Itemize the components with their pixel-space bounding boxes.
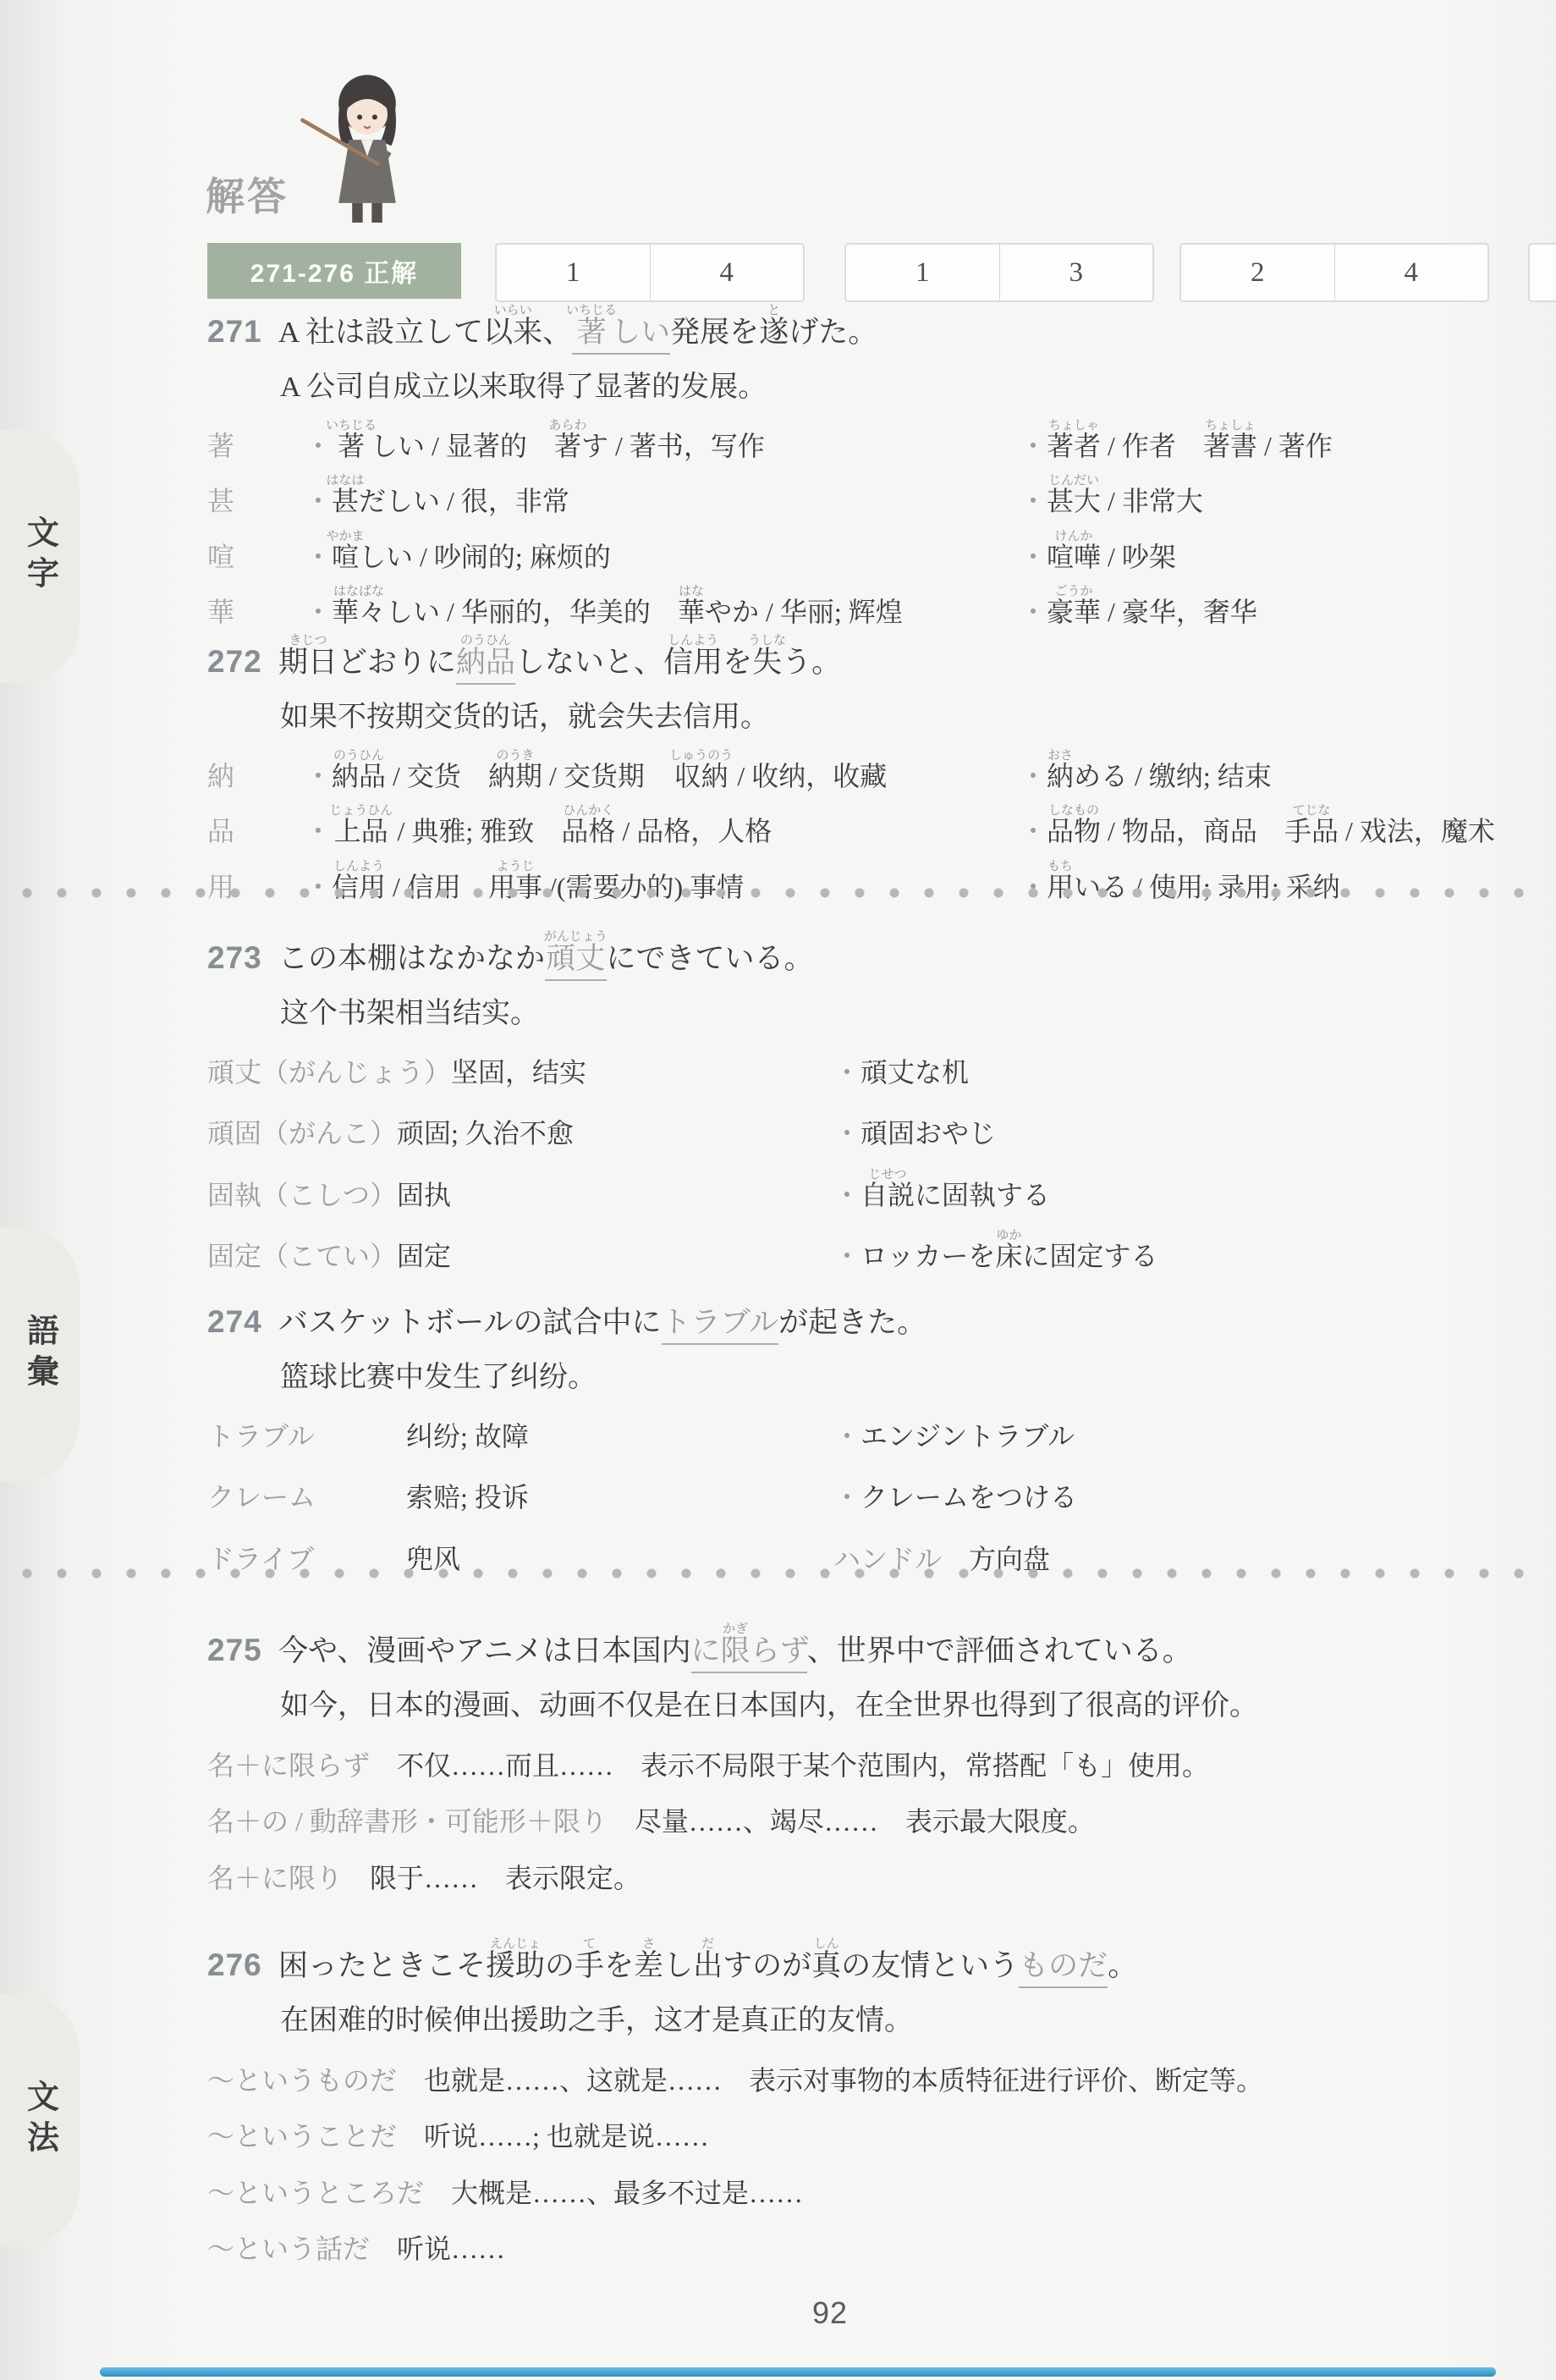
question-sentence-line: 273 この本棚はなかなか頑丈がんじょうにできている。 — [207, 929, 1534, 989]
vocab-right: ・著者ちょしゃ / 作者 著書ちょしょ / 著作 — [1020, 419, 1534, 475]
text-segment: しい — [611, 316, 670, 355]
ruby-text: 甚大じんだい — [1047, 486, 1101, 516]
text-segment: ・ — [833, 1241, 860, 1271]
question-number: 275 — [207, 1633, 278, 1668]
text-segment: 固定（こてい） — [207, 1241, 397, 1271]
text-segment: トラブル — [662, 1306, 779, 1345]
ruby-text: 品物しなもの — [1047, 816, 1101, 846]
text-segment: 発展を — [670, 316, 759, 349]
answer-cell-272: 4 — [650, 245, 804, 300]
ruby-text: 差さ — [634, 1949, 663, 1982]
text-segment: やか / 华丽; 辉煌 — [705, 597, 903, 627]
question-273: 273 この本棚はなかなか頑丈がんじょうにできている。 这个书架相当结实。 頑丈… — [207, 929, 1534, 1291]
ruby-text: 著いちじる — [332, 431, 371, 461]
grammar-line: ～というものだ 也就是……、这就是…… 表示对事物的本质特征进行评价、断定等。 — [207, 2052, 1534, 2109]
text-segment: / 物品，商品 — [1101, 816, 1284, 846]
vocab-row: 著 ・著いちじるしい / 显著的 著あらわす / 著书，写作 ・著者ちょしゃ /… — [207, 419, 1534, 475]
text-segment: 固執（こしつ） — [207, 1180, 397, 1210]
text-segment: バスケットボールの試合中に — [278, 1306, 662, 1339]
text-segment: ・ — [305, 597, 332, 627]
vocab-left: ・喧やかましい / 吵闹的; 麻烦的 — [305, 530, 1020, 586]
text-segment: ものだ — [1019, 1949, 1108, 1988]
text-segment: ロッカーを — [860, 1241, 995, 1271]
vocab-left: ・上品じょうひん / 典雅; 雅致 品格ひんかく / 品格，人格 — [305, 804, 1020, 860]
text-segment: ・ — [833, 1421, 860, 1452]
vocab-left: 固執（こしつ）固执 — [207, 1168, 833, 1224]
text-segment: 頑固（がんこ） — [207, 1118, 397, 1149]
text-segment: ・ — [1020, 761, 1047, 791]
text-segment: に固定する — [1022, 1241, 1157, 1271]
question-274: 274 バスケットボールの試合中にトラブルが起きた。 篮球比赛中发生了纠纷。 ト… — [207, 1293, 1534, 1593]
text-segment: ・ — [833, 1482, 860, 1512]
answer-group-partial — [1528, 243, 1556, 302]
text-segment: 坚固，结实 — [451, 1057, 586, 1088]
vocab-row: トラブル 纠纷; 故障 ・エンジントラブル — [207, 1409, 1534, 1465]
question-sentence-line: 274 バスケットボールの試合中にトラブルが起きた。 — [207, 1293, 1534, 1353]
ruby-text: 著いちじる — [572, 316, 611, 355]
grammar-line: 名＋の / 動辞書形・可能形＋限り 尽量……、竭尽…… 表示最大限度。 — [207, 1793, 1534, 1850]
ruby-text: 納品のうひん — [332, 761, 386, 791]
question-translation: 这个书架相当结实。 — [280, 992, 1534, 1037]
text-segment: 名＋に限り — [207, 1863, 343, 1893]
text-segment: / 非常大 — [1101, 486, 1203, 516]
question-sentence-line: 271 A 社は設立して以来いらい、著いちじるしい発展を遂とげた。 — [207, 303, 1534, 362]
side-tab-goi-label: 語彙 — [17, 1314, 63, 1395]
ruby-text: 真しん — [811, 1949, 841, 1982]
question-sentence-line: 275 今や、漫画やアニメは日本国内に限かぎらず、世界中で評価されている。 — [207, 1622, 1534, 1681]
vocab-left: 頑丈（がんじょう）坚固，结实 — [207, 1045, 833, 1101]
ruby-text: 甚はなは — [332, 486, 359, 516]
ruby-text: 限かぎ — [721, 1634, 751, 1673]
ruby-text: 遂と — [759, 316, 789, 349]
vocab-head: 納 — [207, 749, 305, 805]
side-tab-bunpou: 文法 — [0, 1993, 80, 2247]
text-segment: ～ということだ — [207, 2121, 397, 2151]
text-segment: / 吵架 — [1101, 542, 1176, 572]
question-translation: A 公司自成立以来取得了显著的发展。 — [280, 366, 1534, 410]
vocab-row: クレーム 索赔; 投诉 ・クレームをつける — [207, 1470, 1534, 1526]
text-segment: ～というところだ — [207, 2178, 424, 2208]
vocab-row: 頑丈（がんじょう）坚固，结实 ・頑丈な机 — [207, 1045, 1534, 1101]
vocab-left: 頑固（がんこ）顽固; 久治不愈 — [207, 1106, 833, 1162]
question-sentence-line: 272 期日きじつどおりに納品のうひんしないと、信用しんようを失うしなう。 — [207, 633, 1534, 692]
vocab-right: ・頑丈な机 — [833, 1045, 1534, 1101]
text-segment: だしい / 很，非常 — [359, 486, 569, 516]
text-segment: 、世界中で評価されている。 — [807, 1634, 1192, 1667]
ruby-text: 華々はなばな — [332, 597, 386, 627]
text-segment: に固執する — [915, 1180, 1050, 1210]
text-segment: ・ — [1020, 431, 1047, 461]
text-segment: / 豪华，奢华 — [1101, 597, 1257, 627]
text-segment: しい / 华丽的，华美的 — [386, 597, 678, 627]
page-number: 92 — [812, 2295, 848, 2331]
question-sentence-line: 276 困ったときこそ援助えんじょの手てを差さし出だすのが真しんの友情というもの… — [207, 1937, 1534, 1996]
answer-cell-275: 2 — [1181, 245, 1334, 300]
vocab-row: 納 ・納品のうひん / 交货 納期のうき / 交货期 収納しゅうのう / 收纳，… — [207, 749, 1534, 805]
text-segment: 听说……; 也就是说…… — [397, 2121, 709, 2151]
question-271: 271 A 社は設立して以来いらい、著いちじるしい発展を遂とげた。 A 公司自成… — [207, 303, 1534, 641]
text-segment: ～という話だ — [207, 2234, 370, 2264]
ruby-text: 著書ちょしょ — [1203, 431, 1257, 461]
text-segment: 尽量……、竭尽…… 表示最大限度。 — [608, 1806, 1095, 1837]
grammar-line: ～というところだ 大概是……、最多不过是…… — [207, 2165, 1534, 2222]
text-segment: 不仅……而且…… 表示不局限于某个范围内，常搭配「も」使用。 — [370, 1750, 1209, 1781]
text-segment: 今や、漫画やアニメは日本国内 — [278, 1634, 691, 1667]
text-segment: 听说…… — [370, 2234, 505, 2264]
text-segment: 也就是……、这就是…… 表示对事物的本质特征进行评价、断定等。 — [397, 2065, 1263, 2096]
question-translation: 在困难的时候伸出援助之手，这才是真正的友情。 — [280, 1999, 1534, 2044]
question-sentence: 期日きじつどおりに納品のうひんしないと、信用しんようを失うしなう。 — [278, 633, 841, 692]
text-segment: ・ — [833, 1180, 860, 1210]
answers-header-label: 解答 — [206, 166, 289, 222]
answer-cell-276: 4 — [1334, 245, 1488, 300]
text-segment: ・ — [1020, 542, 1047, 572]
vocab-right: ・甚大じんだい / 非常大 — [1020, 474, 1534, 530]
textbook-page: { "meta": {"header_label": "解答", "page_n… — [0, 0, 1556, 2380]
side-tab-moji: 文字 — [0, 429, 80, 683]
book-edge — [100, 2367, 1496, 2377]
ruby-text: 喧嘩けんか — [1047, 542, 1101, 572]
question-translation: 如今，日本的漫画、动画不仅是在日本国内，在全世界也得到了很高的评价。 — [280, 1684, 1534, 1729]
text-segment: 頑丈（がんじょう） — [207, 1057, 451, 1088]
ruby-text: 手て — [575, 1949, 604, 1982]
text-segment: / 戏法，魔术 — [1339, 816, 1495, 846]
ruby-text: 期日きじつ — [278, 646, 338, 679]
answer-cell-273: 1 — [846, 245, 999, 300]
text-segment: ・ — [1020, 816, 1047, 846]
question-272: 272 期日きじつどおりに納品のうひんしないと、信用しんようを失うしなう。 如果… — [207, 633, 1534, 915]
question-number: 274 — [207, 1304, 278, 1340]
ruby-text: 喧やかま — [332, 542, 359, 572]
text-segment: どおりに — [338, 646, 456, 679]
text-segment: クレームをつける — [860, 1482, 1077, 1512]
text-segment: ・ — [1020, 597, 1047, 627]
grammar-line: 名＋に限り 限于…… 表示限定。 — [207, 1850, 1534, 1907]
text-segment: ・ — [833, 1057, 860, 1088]
text-segment: げた。 — [789, 316, 877, 349]
text-segment: / 典雅; 雅致 — [391, 816, 562, 846]
vocab-right: ・ロッカーを床ゆかに固定する — [833, 1229, 1534, 1285]
vocab-row: 頑固（がんこ）顽固; 久治不愈 ・頑固おやじ — [207, 1106, 1534, 1162]
vocab-left: 固定（こてい）固定 — [207, 1229, 833, 1285]
dotted-divider — [21, 887, 1537, 899]
ruby-text: 納おさ — [1047, 761, 1074, 791]
question-number: 272 — [207, 644, 278, 680]
text-segment: を — [604, 1949, 634, 1982]
vocab-gloss: 纠纷; 故障 — [406, 1409, 833, 1465]
question-translation: 如果不按期交货的话，就会失去信用。 — [280, 696, 1534, 741]
text-segment: ・ — [305, 816, 332, 846]
grammar-line: 名＋に限らず 不仅……而且…… 表示不局限于某个范围内，常搭配「も」使用。 — [207, 1738, 1534, 1794]
text-segment: ・ — [833, 1118, 860, 1149]
vocab-head: 喧 — [207, 530, 305, 586]
question-sentence: バスケットボールの試合中にトラブルが起きた。 — [278, 1293, 926, 1353]
ruby-text: 以来いらい — [483, 316, 542, 349]
text-segment: しないと、 — [515, 646, 663, 679]
text-segment: に — [691, 1634, 721, 1673]
text-segment: す / 著书，写作 — [581, 431, 765, 461]
answer-group-3: 2 4 — [1179, 243, 1489, 302]
text-segment: 頑丈な机 — [860, 1057, 969, 1088]
question-number: 271 — [207, 314, 278, 350]
ruby-text: 上品じょうひん — [332, 816, 391, 846]
ruby-text: 出だ — [693, 1949, 723, 1982]
vocab-right: ・喧嘩けんか / 吵架 — [1020, 530, 1534, 586]
answer-cell-274: 3 — [999, 245, 1153, 300]
ruby-text: 自説じせつ — [860, 1180, 915, 1210]
text-segment: の — [545, 1949, 575, 1982]
text-segment: エンジントラブル — [860, 1421, 1075, 1452]
question-number: 276 — [207, 1948, 278, 1983]
ruby-text: 信用しんよう — [663, 646, 723, 679]
text-segment: 名＋に限らず — [207, 1750, 370, 1781]
text-segment: / 收纳，收藏 — [730, 761, 887, 791]
vocab-left: ・著いちじるしい / 显著的 著あらわす / 著书，写作 — [305, 419, 1020, 475]
text-segment: / 著作 — [1257, 431, 1333, 461]
ruby-text: 床ゆか — [995, 1241, 1022, 1271]
dotted-divider — [21, 1567, 1537, 1579]
question-sentence: この本棚はなかなか頑丈がんじょうにできている。 — [278, 929, 814, 989]
vocab-row: 喧 ・喧やかましい / 吵闹的; 麻烦的 ・喧嘩けんか / 吵架 — [207, 530, 1534, 586]
question-number: 273 — [207, 940, 278, 976]
answer-key-label: 271-276 正解 — [207, 243, 461, 299]
ruby-text: 豪華ごうか — [1047, 597, 1101, 627]
vocab-right: ・品物しなもの / 物品，商品 手品てじな / 戏法，魔术 — [1020, 804, 1534, 860]
text-segment: 頑固おやじ — [860, 1118, 996, 1149]
text-segment: / 交货期 — [542, 761, 672, 791]
text-segment: しい / 显著的 — [371, 431, 554, 461]
grammar-line: ～ということだ 听说……; 也就是说…… — [207, 2108, 1534, 2165]
question-translation: 篮球比赛中发生了纠纷。 — [280, 1356, 1534, 1401]
text-segment: 顽固; 久治不愈 — [397, 1118, 574, 1149]
vocab-left: ・甚はなはだしい / 很，非常 — [305, 474, 1020, 530]
text-segment: A 社は設立して — [278, 316, 483, 349]
text-segment: この本棚はなかなか — [278, 942, 545, 975]
ruby-text: 納期のうき — [488, 761, 542, 791]
text-segment: しい / 吵闹的; 麻烦的 — [359, 542, 611, 572]
text-segment: 固定 — [397, 1241, 451, 1271]
text-segment: 困ったときこそ — [278, 1949, 486, 1982]
ruby-text: 華はな — [678, 597, 705, 627]
text-segment: 固执 — [397, 1180, 451, 1210]
vocab-right: ・納おさめる / 缴纳; 结束 — [1020, 749, 1534, 805]
question-275: 275 今や、漫画やアニメは日本国内に限かぎらず、世界中で評価されている。 如今… — [207, 1622, 1534, 1906]
text-segment: 。 — [1108, 1949, 1137, 1982]
question-sentence: A 社は設立して以来いらい、著いちじるしい発展を遂とげた。 — [278, 303, 877, 362]
text-segment: / 交货 — [386, 761, 488, 791]
vocab-row: 甚 ・甚はなはだしい / 很，非常 ・甚大じんだい / 非常大 — [207, 474, 1534, 530]
text-segment: が起きた。 — [778, 1306, 926, 1339]
girl-leg — [352, 203, 362, 223]
answer-cell-271: 1 — [497, 245, 650, 300]
side-tab-moji-label: 文字 — [17, 515, 63, 597]
girl-eye — [357, 114, 362, 119]
ruby-text: 失うしな — [752, 646, 782, 679]
answer-group-2: 1 3 — [844, 243, 1154, 302]
question-276: 276 困ったときこそ援助えんじょの手てを差さし出だすのが真しんの友情というもの… — [207, 1937, 1534, 2278]
vocab-gloss: 索赔; 投诉 — [406, 1470, 833, 1526]
vocab-right: ・自説じせつに固執する — [833, 1168, 1534, 1224]
text-segment: 大概是……、最多不过是…… — [424, 2178, 803, 2208]
ruby-text: 手品てじな — [1284, 816, 1339, 846]
text-segment: すのが — [723, 1949, 811, 1982]
vocab-head: 品 — [207, 804, 305, 860]
vocab-head: 甚 — [207, 474, 305, 530]
side-tab-goi: 語彙 — [0, 1227, 80, 1481]
text-segment: らず — [751, 1634, 807, 1673]
ruby-text: 納品のうひん — [456, 646, 515, 685]
vocab-head: トラブル — [207, 1409, 406, 1465]
ruby-text: 頑丈がんじょう — [545, 942, 607, 981]
vocab-row: 固定（こてい）固定 ・ロッカーを床ゆかに固定する — [207, 1229, 1534, 1285]
text-segment: し — [663, 1949, 693, 1982]
ruby-text: 著者ちょしゃ — [1047, 431, 1101, 461]
question-sentence: 困ったときこそ援助えんじょの手てを差さし出だすのが真しんの友情というものだ。 — [278, 1937, 1137, 1996]
vocab-row: 品 ・上品じょうひん / 典雅; 雅致 品格ひんかく / 品格，人格 ・品物しな… — [207, 804, 1534, 860]
text-segment: ・ — [1020, 486, 1047, 516]
vocab-row: 固執（こしつ）固执 ・自説じせつに固執する — [207, 1168, 1534, 1224]
text-segment: ～というものだ — [207, 2065, 397, 2096]
text-segment: 限于…… 表示限定。 — [343, 1863, 641, 1893]
vocab-right: ・エンジントラブル — [833, 1409, 1534, 1465]
ruby-text: 品格ひんかく — [561, 816, 615, 846]
girl-eye — [372, 114, 377, 119]
vocab-right: ・クレームをつける — [833, 1470, 1534, 1526]
text-segment: める / 缴纳; 结束 — [1074, 761, 1272, 791]
text-segment: う。 — [782, 646, 841, 679]
girl-leg — [371, 203, 382, 223]
text-segment: 名＋の / 動辞書形・可能形＋限り — [207, 1806, 608, 1837]
side-tab-bunpou-label: 文法 — [17, 2080, 63, 2161]
vocab-left: ・納品のうひん / 交货 納期のうき / 交货期 収納しゅうのう / 收纳，收藏 — [305, 749, 1020, 805]
text-segment: にできている。 — [607, 942, 814, 975]
text-segment: / 品格，人格 — [615, 816, 772, 846]
answer-group-1: 1 4 — [495, 243, 805, 302]
vocab-head: 著 — [207, 419, 305, 475]
text-segment: / 作者 — [1101, 431, 1203, 461]
ruby-text: 収納しゅうのう — [672, 761, 731, 791]
text-segment: ・ — [305, 761, 332, 791]
vocab-head: クレーム — [207, 1470, 406, 1526]
vocab-right: ・頑固おやじ — [833, 1106, 1534, 1162]
question-sentence: 今や、漫画やアニメは日本国内に限かぎらず、世界中で評価されている。 — [278, 1622, 1192, 1681]
teacher-girl-illustration — [292, 64, 443, 230]
grammar-line: ～という話だ 听说…… — [207, 2221, 1534, 2278]
text-segment: の友情という — [841, 1949, 1019, 1982]
ruby-text: 著あらわ — [554, 431, 581, 461]
ruby-text: 援助えんじょ — [486, 1949, 545, 1982]
